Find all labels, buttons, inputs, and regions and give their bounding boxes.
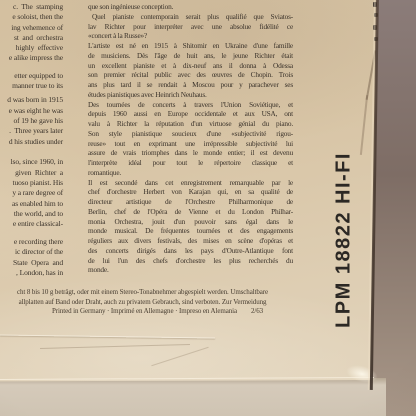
text-line: , London, has in (0, 268, 63, 278)
text-line: monde musical. De fréquentes tournées et… (88, 226, 293, 236)
table-surface (0, 378, 386, 416)
text-line: L'artiste est né en 1915 à Shitomir en U… (88, 41, 293, 51)
text-line: depuis 1960 aussi en Europe occidentale … (88, 109, 293, 119)
text-line: etter equipped to (0, 71, 63, 81)
text-line: «concert à la Russe»? (88, 31, 293, 41)
text-line: d his studies under (0, 137, 63, 147)
catalog-number: LPM 18822 HI-FI (333, 152, 356, 328)
text-line: chef d'orchestre Herbert von Karajan qui… (88, 187, 293, 197)
text-line: manner true to its (0, 81, 63, 91)
text-line: reuse» tout en exprimant une irrépressib… (88, 139, 293, 149)
text-line: as enabled him to (0, 199, 63, 209)
text-line: given Richter a (0, 168, 63, 178)
text-line: c. The stamping (0, 2, 63, 12)
text-line: valu à Richter la réputation d'un virtuo… (88, 119, 293, 129)
imprint-line: cht 8 bis 10 g beträgt, oder mit einem S… (0, 288, 335, 298)
text-line: e soloist, then the (0, 12, 63, 22)
record-sleeve: c. The stampinge soloist, then theing ve… (0, 0, 379, 386)
printed-in-text: Printed in Germany · Imprimé en Allemagn… (52, 307, 237, 315)
imprint-line: Printed in Germany · Imprimé en Allemagn… (0, 307, 335, 317)
text-line: the world, and to (0, 209, 63, 219)
text-line: lso, since 1960, in (0, 157, 63, 167)
photo-of-record-sleeve-back: c. The stampinge soloist, then theing ve… (0, 0, 416, 416)
text-line: de lui l'un des chefs d'orchestre les pl… (88, 256, 293, 266)
text-line: highly effective (0, 43, 63, 53)
text-paragraph: lso, since 1960, ingiven Richter atuoso … (0, 157, 63, 229)
text-line: . Three years later (0, 126, 63, 136)
text-line: l'interprète idéal pour tout le répertoi… (88, 158, 293, 168)
text-line: tuoso pianist. His (0, 178, 63, 188)
text-line: romantique. (88, 168, 293, 178)
text-line: Quel pianiste contemporain serait plus q… (88, 12, 293, 22)
text-line: e recording there (0, 237, 63, 247)
text-line: Il est secondé dans cet enregistrement r… (88, 178, 293, 188)
text-line: lav Richter pour interpréter avec une ab… (88, 22, 293, 32)
text-line: ans plus tard il se rendait à Moscou pou… (88, 80, 293, 90)
liner-notes-english: c. The stampinge soloist, then theing ve… (0, 2, 63, 278)
liner-notes-french: que son ingénieuse conception.Quel piani… (88, 2, 293, 275)
text-line: e was eight he was (0, 106, 63, 116)
text-line: e alike impress the (0, 53, 63, 63)
text-line: ic director of the (0, 247, 63, 257)
text-line: des concerts dirigés dans les pays d'Out… (88, 246, 293, 256)
text-line: monde. (88, 265, 293, 275)
text-line: e entire classical- (0, 219, 63, 229)
edition-code: 2/63 (251, 307, 263, 315)
text-line: State Opera and (0, 258, 63, 268)
text-line: que son ingénieuse conception. (88, 2, 293, 12)
text-line: directeur artistique de l'Orchestre Phil… (88, 197, 293, 207)
text-line: son premier récital public avec des œuvr… (88, 70, 293, 80)
text-line: monia Orchestra, jouit d'un pouvoir sans… (88, 217, 293, 227)
text-line: st and orchestra (0, 33, 63, 43)
text-line: Des tournées de concerts à travers l'Uni… (88, 100, 293, 110)
text-line: ing vehemence of (0, 23, 63, 33)
text-line: études pianistiques avec Heinrich Neuhau… (88, 90, 293, 100)
text-line: d was born in 1915 (0, 95, 63, 105)
text-line: assure de vrais triomphes dans le monde … (88, 148, 293, 158)
text-line: réguliers aux divers festivals, des mise… (88, 236, 293, 246)
imprint-block: cht 8 bis 10 g beträgt, oder mit einem S… (0, 288, 335, 317)
text-paragraph: c. The stampinge soloist, then theing ve… (0, 2, 63, 64)
imprint-line: allplatten auf Band oder Draht, auch zu … (0, 298, 335, 308)
text-line: un excellent pianiste et à dix-neuf ans … (88, 61, 293, 71)
text-paragraph: etter equipped tomanner true to its (0, 71, 63, 92)
text-line: of 19 he gave his (0, 116, 63, 126)
text-line: y a rare degree of (0, 188, 63, 198)
text-line: Berlin, chef de l'Opéra de Vienne et du … (88, 207, 293, 217)
text-line: Son style pianistique soucieux d'une «su… (88, 129, 293, 139)
text-paragraph: d was born in 1915e was eight he wasof 1… (0, 95, 63, 146)
text-line: de musiciens. Dès l'âge de huit ans, le … (88, 51, 293, 61)
text-paragraph: e recording thereic director of theState… (0, 237, 63, 278)
